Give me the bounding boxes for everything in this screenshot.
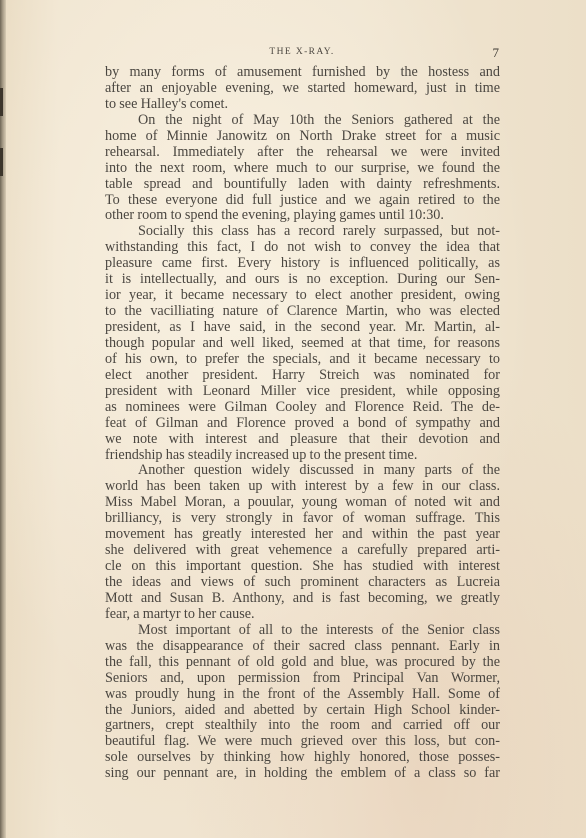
- text-line: world has been taken up with interest by…: [105, 479, 500, 495]
- text-line: Mott and Susan B. Anthony, and is fast b…: [105, 591, 500, 607]
- text-line: brilliancy, is very strongly in favor of…: [105, 511, 500, 527]
- text-line: president with Leonard Miller vice presi…: [105, 384, 500, 400]
- text-line: though popular and well liked, seemed at…: [105, 336, 500, 352]
- text-line: cle on this important question. She has …: [105, 559, 500, 575]
- text-line: beautiful flag. We were much grieved ove…: [105, 734, 500, 750]
- page-binding-edge: [0, 0, 6, 838]
- running-title: THE X-RAY.: [105, 47, 499, 57]
- text-line: pleasure came first. Every history is in…: [105, 256, 500, 272]
- text-line: On the night of May 10th the Seniors gat…: [105, 113, 500, 129]
- text-line: home of Minnie Janowitz on North Drake s…: [105, 129, 500, 145]
- text-line: Socially this class has a record rarely …: [105, 224, 500, 240]
- text-line: movement has greatly interested her and …: [105, 527, 500, 543]
- text-line: president, as I have said, in the second…: [105, 320, 500, 336]
- text-line: feat of Gilman and Florence proved a bon…: [105, 416, 500, 432]
- paragraph: Most important of all to the interests o…: [105, 623, 500, 782]
- binding-mark: [0, 88, 3, 116]
- text-line: ior year, it became necessary to elect a…: [105, 288, 500, 304]
- text-line: Most important of all to the interests o…: [105, 623, 500, 639]
- text-line: the ideas and views of such prominent ch…: [105, 575, 500, 591]
- text-line: after an enjoyable evening, we started h…: [105, 81, 500, 97]
- text-line: into the next room, where much to our su…: [105, 161, 500, 177]
- text-line: we note with interest and pleasure that …: [105, 432, 500, 448]
- text-line: elect another president. Harry Streich w…: [105, 368, 500, 384]
- text-line: withstanding this fact, I do not wish to…: [105, 240, 500, 256]
- body-text: by many forms of amusement furnished by …: [105, 65, 500, 782]
- text-line: of his own, to prefer the specials, and …: [105, 352, 500, 368]
- text-line: friendship has steadily increased up to …: [105, 448, 500, 464]
- text-line: as nominees were Gilman Cooley and Flore…: [105, 400, 500, 416]
- text-line: Miss Mabel Moran, a pouular, young woman…: [105, 495, 500, 511]
- text-line: Another question widely discussed in man…: [105, 463, 500, 479]
- text-line: sing our pennant are, in holding the emb…: [105, 766, 500, 782]
- text-line: was the disappearance of their sacred cl…: [105, 639, 500, 655]
- text-line: sole ourselves by thinking how highly ho…: [105, 750, 500, 766]
- text-line: Seniors and, upon permission from Princi…: [105, 671, 500, 687]
- paragraph: by many forms of amusement furnished by …: [105, 65, 500, 113]
- running-head: THE X-RAY. 7: [105, 45, 499, 61]
- paragraph: On the night of May 10th the Seniors gat…: [105, 113, 500, 225]
- text-line: to see Halley's comet.: [105, 97, 500, 113]
- text-line: rehearsal. Immediately after the rehears…: [105, 145, 500, 161]
- text-line: she delivered with great vehemence a car…: [105, 543, 500, 559]
- text-line: to the vacilliating nature of Clarence M…: [105, 304, 500, 320]
- page-number: 7: [493, 45, 500, 61]
- paragraph: Socially this class has a record rarely …: [105, 224, 500, 463]
- text-line: other room to spend the evening, playing…: [105, 208, 500, 224]
- text-line: was proudly hung in the front of the Ass…: [105, 687, 500, 703]
- text-line: gartners, crept stealthily into the room…: [105, 718, 500, 734]
- binding-mark: [0, 148, 3, 176]
- text-line: by many forms of amusement furnished by …: [105, 65, 500, 81]
- text-line: it is intellectually, and ours is no exc…: [105, 272, 500, 288]
- text-line: To these everyone did full justice and w…: [105, 193, 500, 209]
- text-line: the Juniors, aided and abetted by certai…: [105, 703, 500, 719]
- scanned-page: THE X-RAY. 7 by many forms of amusement …: [0, 0, 586, 838]
- text-line: the fall, this pennant of old gold and b…: [105, 655, 500, 671]
- text-line: table spread and bountifully laden with …: [105, 177, 500, 193]
- text-line: fear, a martyr to her cause.: [105, 607, 500, 623]
- paragraph: Another question widely discussed in man…: [105, 463, 500, 622]
